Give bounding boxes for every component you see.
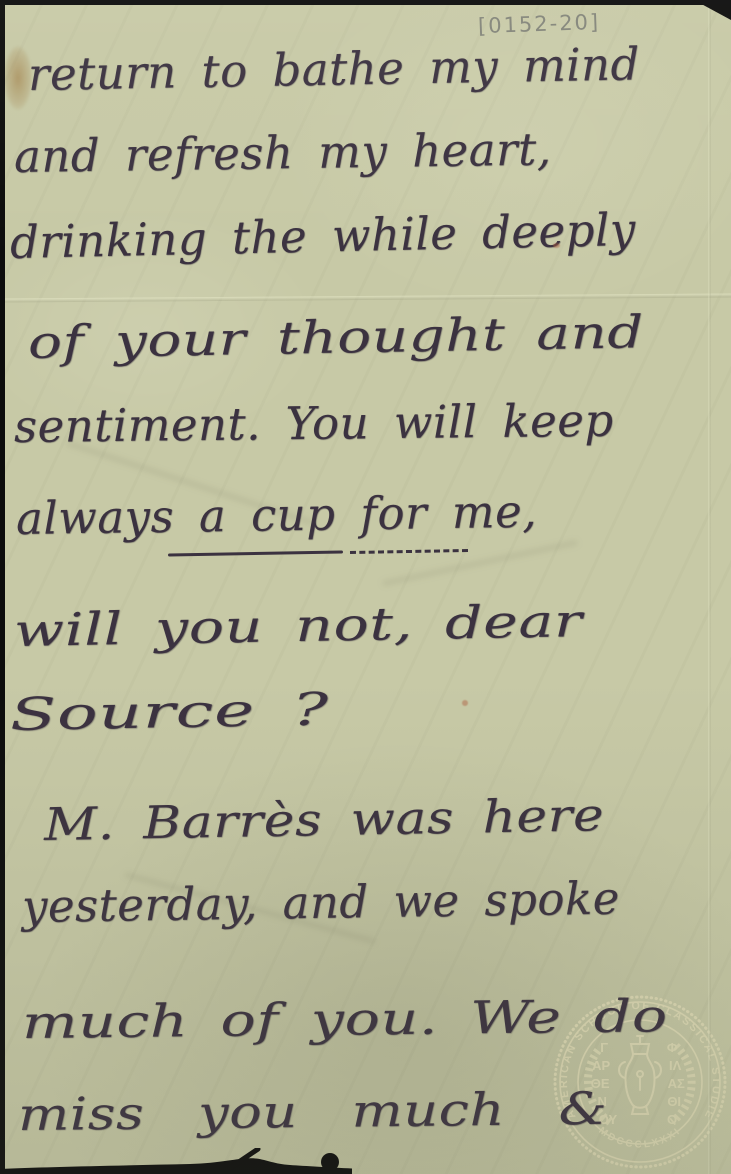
handwriting-line: always a cup for me,: [16, 485, 538, 545]
handwriting-line: yesterday, and we spoke: [22, 872, 621, 933]
handwriting-line: M. Barrès was here: [44, 788, 605, 851]
handwriting-line: and refresh my heart,: [14, 122, 552, 182]
amphora-icon: [619, 1036, 661, 1114]
underline-stroke: [168, 550, 343, 556]
handwriting-line: miss you much &: [18, 1082, 608, 1141]
paper-speck: [553, 243, 560, 248]
cutoff-ink-band: [0, 1148, 460, 1174]
archival-number-pencil: [0152-20]: [478, 10, 601, 38]
paper-speck: [462, 700, 468, 706]
underline-stroke-dashed: [350, 549, 468, 554]
handwriting-line: return to bathe my mind: [28, 37, 641, 101]
handwriting-line: Source ?: [10, 682, 330, 741]
handwriting-line: much of you. We do: [22, 989, 668, 1049]
handwriting-line: will you not, dear: [14, 594, 583, 657]
handwriting-line: of your thought and: [28, 305, 645, 369]
handwriting-line: drinking the while deeply: [9, 203, 636, 269]
svg-text:MDCCCLXXXI: MDCCCLXXXI: [596, 1125, 683, 1150]
seal-year-text: MDCCCLXXXI: [596, 1125, 683, 1150]
scan-edge-top: [0, 0, 731, 5]
fold-crease-horizontal: [0, 293, 731, 302]
letter-page: [0152-20] AMERICAN SCHOOL OF CLASSICAL S…: [0, 0, 731, 1174]
paper-stain: [4, 46, 32, 110]
ink-showthrough: [382, 539, 579, 586]
handwriting-line: sentiment. You will keep: [14, 394, 614, 453]
scan-edge-left: [0, 0, 5, 1174]
fold-crease-vertical: [708, 0, 711, 1174]
